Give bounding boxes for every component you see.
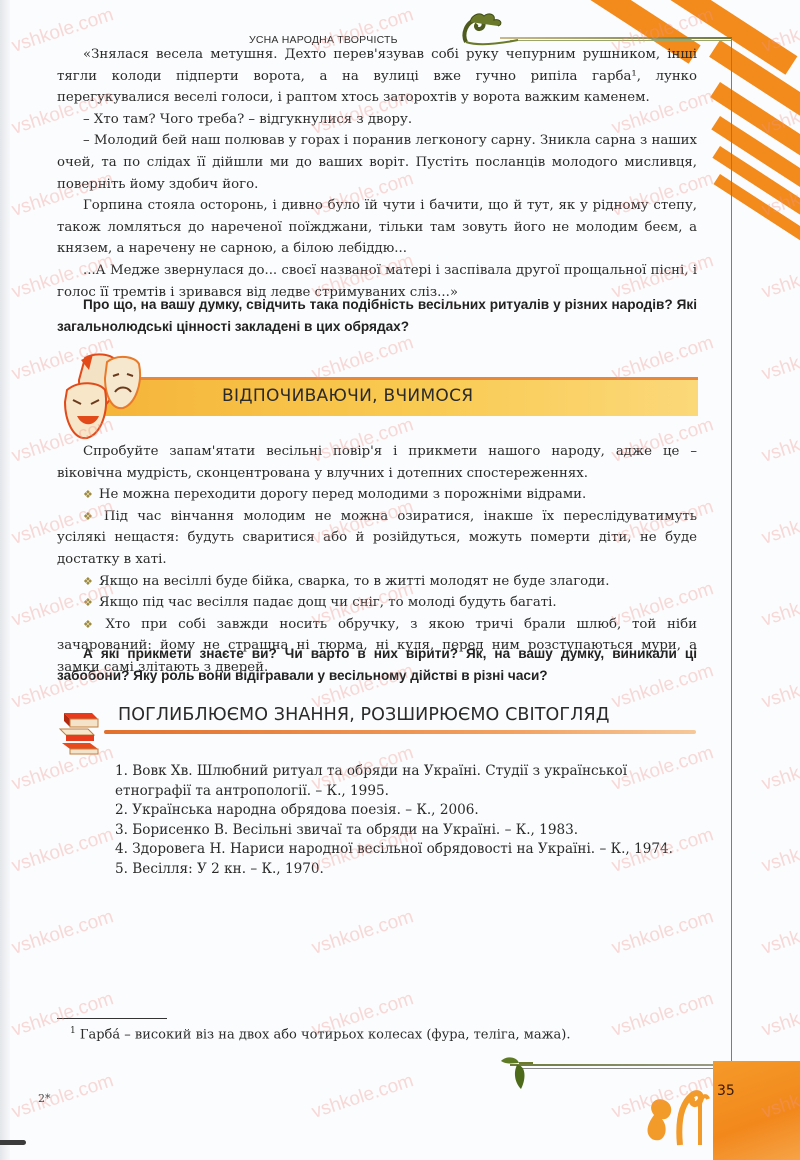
page-number-tab — [713, 1061, 800, 1160]
page-edge — [0, 0, 10, 1160]
footnote-definition: – високий віз на двох або чотирьох колес… — [120, 1027, 570, 1042]
footnote-marker: 1 — [70, 1026, 76, 1036]
frame-top-line-inner — [510, 40, 732, 41]
omen-text: Якщо на весіллі буде бійка, сварка, то в… — [99, 574, 610, 589]
diamond-bullet-icon: ❖ — [83, 596, 93, 609]
discussion-question-2: А які прикмети знаєте ви? Чи варто в них… — [57, 643, 697, 686]
omen-text: Якщо під час весілля падає дощ чи сніг, … — [99, 595, 557, 610]
watermark-text: vshkole.com — [759, 742, 800, 796]
watermark-text: vshkole.com — [9, 1070, 116, 1124]
footnote-rule — [57, 1018, 167, 1019]
omen-item: ❖Якщо під час весілля падає дощ чи сніг,… — [57, 592, 697, 614]
section-underline — [104, 730, 696, 734]
watermark-text: vshkole.com — [759, 578, 800, 632]
diamond-bullet-icon: ❖ — [83, 488, 93, 501]
watermark-text: vshkole.com — [609, 988, 716, 1042]
reference-list: 1. Вовк Хв. Шлюбний ритуал та обряди на … — [115, 762, 700, 879]
reference-item: 4. Здоровега Н. Нариси народної весільно… — [115, 840, 700, 860]
page-number: 35 — [717, 1083, 735, 1099]
watermark-text: vshkole.com — [759, 332, 800, 386]
omen-item: ❖Під час вінчання молодим не можна озира… — [57, 506, 697, 571]
watermark-text: vshkole.com — [759, 988, 800, 1042]
reference-item: 1. Вовк Хв. Шлюбний ритуал та обряди на … — [115, 762, 700, 801]
diamond-bullet-icon: ❖ — [83, 510, 98, 523]
question-text: Про що, на вашу думку, свідчить така под… — [57, 294, 697, 337]
watermark-text: vshkole.com — [9, 906, 116, 960]
diamond-bullet-icon: ❖ — [83, 618, 99, 631]
watermark-text: vshkole.com — [9, 824, 116, 878]
reference-item: 3. Борисенко В. Весільні звичаї та обряд… — [115, 821, 700, 841]
section-title-rest-and-learn: ВІДПОЧИВАЮЧИ, ВЧИМОСЯ — [222, 386, 473, 406]
story-paragraph: «Знялася весела метушня. Дехто перев'язу… — [57, 44, 697, 109]
frame-bottom-line — [510, 1064, 732, 1066]
footnote-term: Гарба́ — [80, 1027, 120, 1042]
reference-item: 2. Українська народна обрядова поезія. –… — [115, 801, 700, 821]
watermark-text: vshkole.com — [759, 414, 800, 468]
page-corner-mark — [0, 1140, 26, 1145]
frame-top-line — [500, 37, 732, 39]
watermark-text: vshkole.com — [759, 906, 800, 960]
books-icon — [58, 709, 106, 755]
signature-mark: 2* — [38, 1092, 51, 1105]
section-title-deepen-knowledge: ПОГЛИБЛЮЄМО ЗНАННЯ, РОЗШИРЮЄМО СВІТОГЛЯД — [118, 705, 610, 725]
frame-bottom-line-inner — [520, 1068, 732, 1069]
watermark-text: vshkole.com — [309, 1070, 416, 1124]
question-text: А які прикмети знаєте ви? Чи варто в них… — [57, 643, 697, 686]
diamond-bullet-icon: ❖ — [83, 575, 93, 588]
watermark-text: vshkole.com — [759, 660, 800, 714]
omen-item: ❖Якщо на весіллі буде бійка, сварка, то … — [57, 571, 697, 593]
watermark-text: vshkole.com — [759, 250, 800, 304]
watermark-text: vshkole.com — [759, 496, 800, 550]
reference-item: 5. Весілля: У 2 кн. – К., 1970. — [115, 860, 700, 880]
story-paragraph: – Хто там? Чого треба? – відгукнулися з … — [57, 109, 697, 131]
story-paragraph: – Молодий бей наш полював у горах і пора… — [57, 130, 697, 195]
omens-intro: Спробуйте запам'ятати весільні повір'я і… — [57, 441, 697, 484]
leaf-ornament-icon — [497, 1055, 533, 1095]
watermark-text: vshkole.com — [759, 824, 800, 878]
story-excerpt: «Знялася весела метушня. Дехто перев'язу… — [57, 44, 697, 303]
omen-text: Не можна переходити дорогу перед молодим… — [99, 487, 586, 502]
omen-item: ❖Не можна переходити дорогу перед молоди… — [57, 484, 697, 506]
story-paragraph: Горпина стояла осторонь, і дивно було їй… — [57, 195, 697, 260]
theater-masks-icon — [55, 350, 145, 445]
discussion-question-1: Про що, на вашу думку, свідчить така под… — [57, 294, 697, 337]
omen-text: Під час вінчання молодим не можна озират… — [57, 509, 697, 567]
footnote: 1 Гарба́ – високий віз на двох або чотир… — [70, 1026, 570, 1042]
watermark-text: vshkole.com — [309, 906, 416, 960]
frame-right-line — [731, 38, 732, 1068]
watermark-text: vshkole.com — [609, 906, 716, 960]
orange-scroll-ornament-icon — [640, 1075, 710, 1155]
acanthus-ornament-icon — [458, 12, 518, 46]
